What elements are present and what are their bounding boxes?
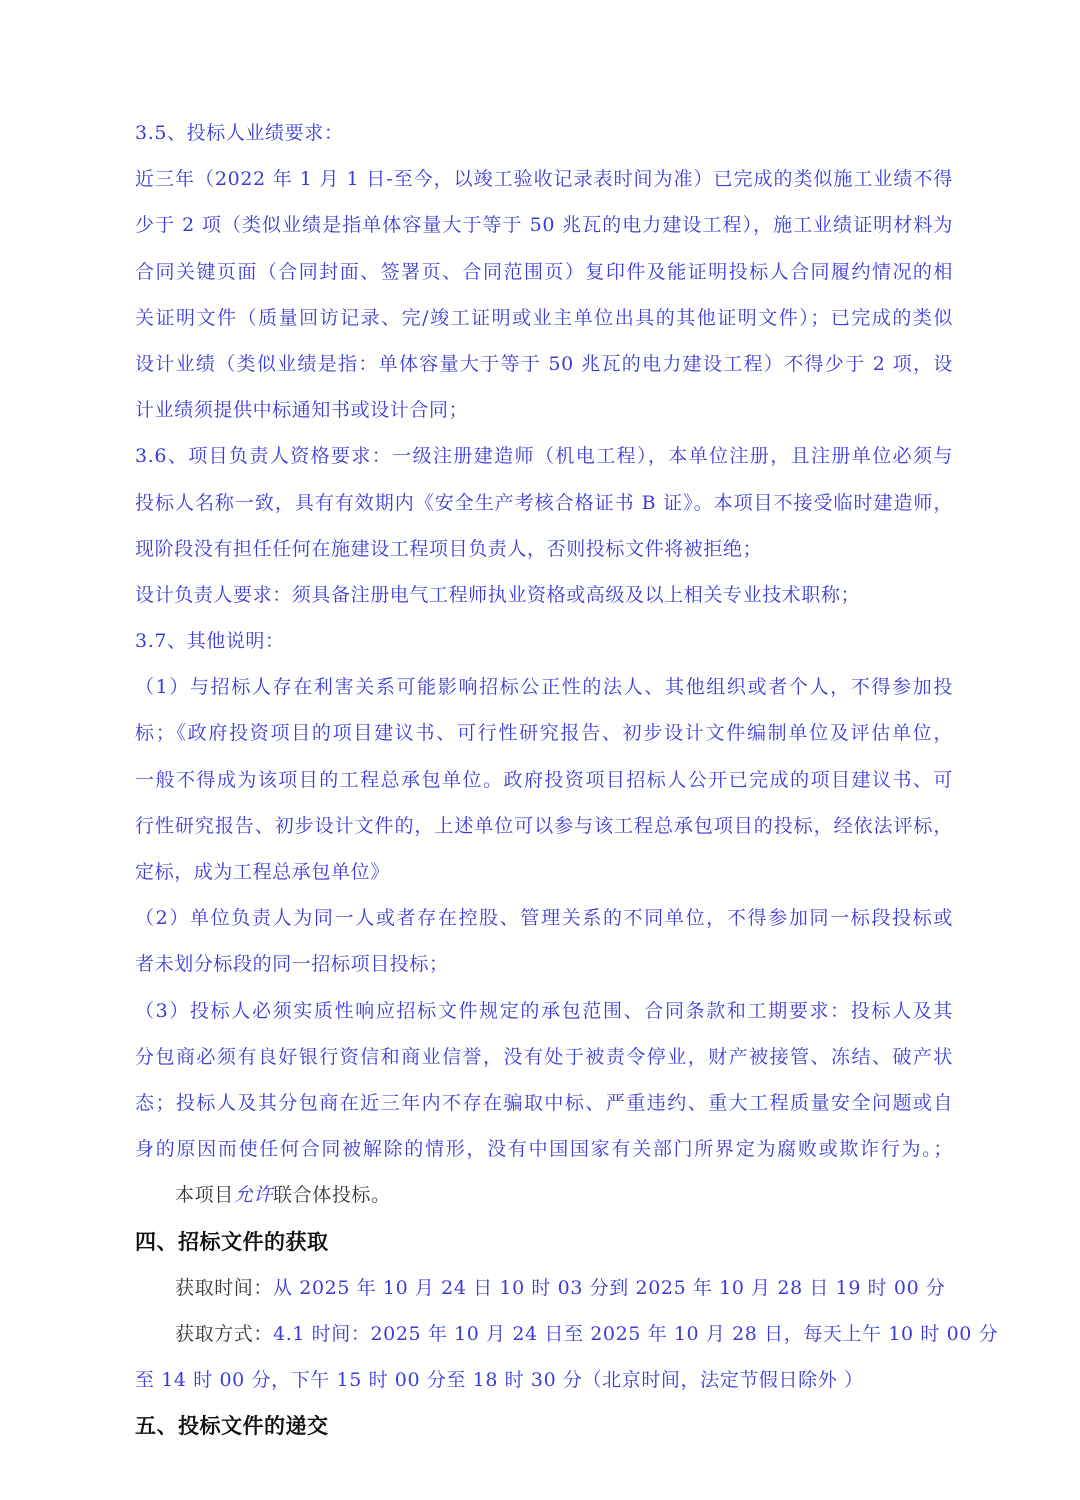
item-1-line: （1）与招标人存在利害关系可能影响招标公正性的法人、其他组织或者个人，不得参加投 [135, 664, 953, 710]
acquisition-time-value: 从 2025 年 10 月 24 日 10 时 03 分到 2025 年 10 … [273, 1277, 946, 1299]
section-3-5-line: 近三年（2022 年 1 月 1 日-至今，以竣工验收记录表时间为准）已完成的类… [135, 156, 953, 202]
item-1-line: 一般不得成为该项目的工程总承包单位。政府投资项目招标人公开已完成的项目建议书、可 [135, 757, 953, 803]
item-3-line: 分包商必须有良好银行资信和商业信誉，没有处于被责令停业，财产被接管、冻结、破产状 [135, 1034, 953, 1080]
acquisition-method-continued: 至 14 时 00 分，下午 15 时 00 分至 18 时 30 分（北京时间… [135, 1357, 953, 1403]
section-3-5-line: 少于 2 项（类似业绩是指单体容量大于等于 50 兆瓦的电力建设工程），施工业绩… [135, 202, 953, 248]
item-3-line: 态；投标人及其分包商在近三年内不存在骗取中标、严重违约、重大工程质量安全问题或自 [135, 1080, 953, 1126]
item-2-line: （2）单位负责人为同一人或者存在控股、管理关系的不同单位，不得参加同一标段投标或 [135, 895, 953, 941]
item-1-line: 定标，成为工程总承包单位》 [135, 849, 953, 895]
item-1-line: 行性研究报告、初步设计文件的，上述单位可以参与该工程总承包项目的投标，经依法评标… [135, 803, 953, 849]
section-3-5-line: 计业绩须提供中标通知书或设计合同； [135, 387, 953, 433]
item-3-line: （3）投标人必须实质性响应招标文件规定的承包范围、合同条款和工期要求：投标人及其 [135, 988, 953, 1034]
design-lead-requirement: 设计负责人要求：须具备注册电气工程师执业资格或高级及以上相关专业技术职称； [135, 572, 953, 618]
section-3-5-line: 关证明文件（质量回访记录、完/竣工证明或业主单位出具的其他证明文件）；已完成的类… [135, 295, 953, 341]
consortium-suffix: 联合体投标。 [273, 1184, 391, 1206]
consortium-value: 允许 [234, 1184, 273, 1206]
section-3-7-title: 3.7、其他说明： [135, 618, 953, 664]
item-3-line: 身的原因而使任何合同被解除的情形，没有中国国家有关部门所界定为腐败或欺诈行为。； [135, 1126, 953, 1172]
section-3-6-line: 3.6、项目负责人资格要求：一级注册建造师（机电工程），本单位注册，且注册单位必… [135, 433, 953, 479]
acquisition-method-value: 4.1 时间：2025 年 10 月 24 日至 2025 年 10 月 28 … [273, 1323, 998, 1345]
section-3-5-line: 设计业绩（类似业绩是指：单体容量大于等于 50 兆瓦的电力建设工程）不得少于 2… [135, 341, 953, 387]
document-page: 3.5、投标人业绩要求： 近三年（2022 年 1 月 1 日-至今，以竣工验收… [135, 110, 953, 1449]
acquisition-method: 获取方式：4.1 时间：2025 年 10 月 24 日至 2025 年 10 … [135, 1311, 953, 1357]
consortium-statement: 本项目允许联合体投标。 [135, 1172, 953, 1218]
acquisition-method-label: 获取方式： [175, 1323, 273, 1345]
item-1-line: 标；《政府投资项目的项目建议书、可行性研究报告、初步设计文件编制单位及评估单位， [135, 710, 953, 756]
section-3-5-title: 3.5、投标人业绩要求： [135, 110, 953, 156]
acquisition-time: 获取时间：从 2025 年 10 月 24 日 10 时 03 分到 2025 … [135, 1265, 953, 1311]
section-3-5-line: 合同关键页面（合同封面、签署页、合同范围页）复印件及能证明投标人合同履约情况的相 [135, 249, 953, 295]
section-4-heading: 四、招标文件的获取 [135, 1219, 953, 1265]
acquisition-time-label: 获取时间： [175, 1277, 273, 1299]
section-3-6-line: 投标人名称一致，具有有效期内《安全生产考核合格证书 B 证》。本项目不接受临时建… [135, 480, 953, 526]
consortium-prefix: 本项目 [175, 1184, 234, 1206]
item-2-line: 者未划分标段的同一招标项目投标； [135, 941, 953, 987]
section-5-heading: 五、投标文件的递交 [135, 1403, 953, 1449]
section-3-6-line: 现阶段没有担任任何在施建设工程项目负责人，否则投标文件将被拒绝； [135, 526, 953, 572]
